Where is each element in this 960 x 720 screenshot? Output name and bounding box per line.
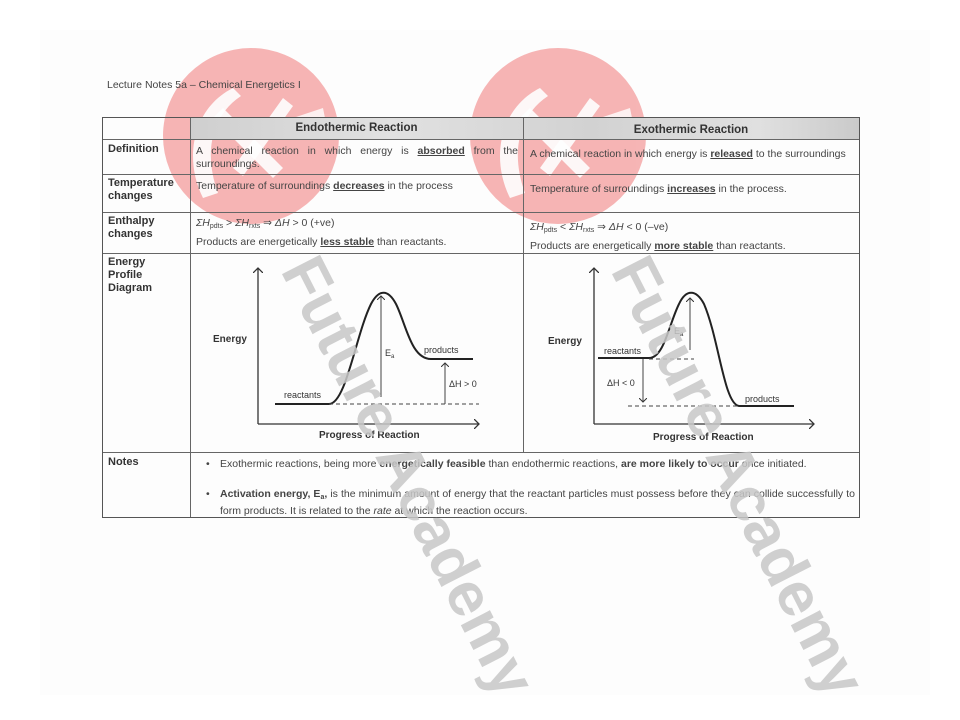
row-label-enthalpy: Enthalpy changes [108,215,154,241]
bullet-icon: • [206,488,210,501]
row-divider [103,212,859,213]
row-label-notes: Notes [108,456,139,469]
document-title: Lecture Notes 5a – Chemical Energetics I [107,79,301,91]
exo-temperature: Temperature of surroundings increases in… [530,183,853,196]
endo-stability: Products are energetically less stable t… [196,236,518,249]
products-label: products [745,394,780,404]
row-label-definition: Definition [108,143,159,156]
bullet-icon: • [206,458,210,471]
endo-enthalpy: ΣHpdts > ΣHrxts ⇒ ΔH > 0 (+ve) Products … [196,217,518,248]
column-header-endothermic: Endothermic Reaction [190,122,523,134]
row-label-diagram: Energy Profile Diagram [108,256,152,295]
row-label-temperature: Temperature changes [108,177,174,203]
endo-temperature: Temperature of surroundings decreases in… [196,180,518,193]
reactants-label: reactants [284,390,322,400]
endo-enthalpy-formula: ΣHpdts > ΣHrxts ⇒ ΔH > 0 (+ve) [196,217,518,234]
products-label: products [424,345,459,355]
dh-label: ΔH > 0 [449,379,477,389]
row-divider [103,139,859,140]
dh-label: ΔH < 0 [607,378,635,388]
row-divider [103,174,859,175]
exo-enthalpy: ΣHpdts < ΣHrxts ⇒ ΔH < 0 (–ve) Products … [530,221,853,252]
endo-definition: A chemical reaction in which energy is a… [196,145,518,170]
column-header-exothermic: Exothermic Reaction [523,124,859,136]
exo-definition: A chemical reaction in which energy is r… [530,148,853,161]
y-axis-label: Energy [213,334,247,345]
exo-stability: Products are energetically more stable t… [530,240,853,253]
y-axis-label: Energy [548,336,582,347]
exo-enthalpy-formula: ΣHpdts < ΣHrxts ⇒ ΔH < 0 (–ve) [530,221,853,238]
